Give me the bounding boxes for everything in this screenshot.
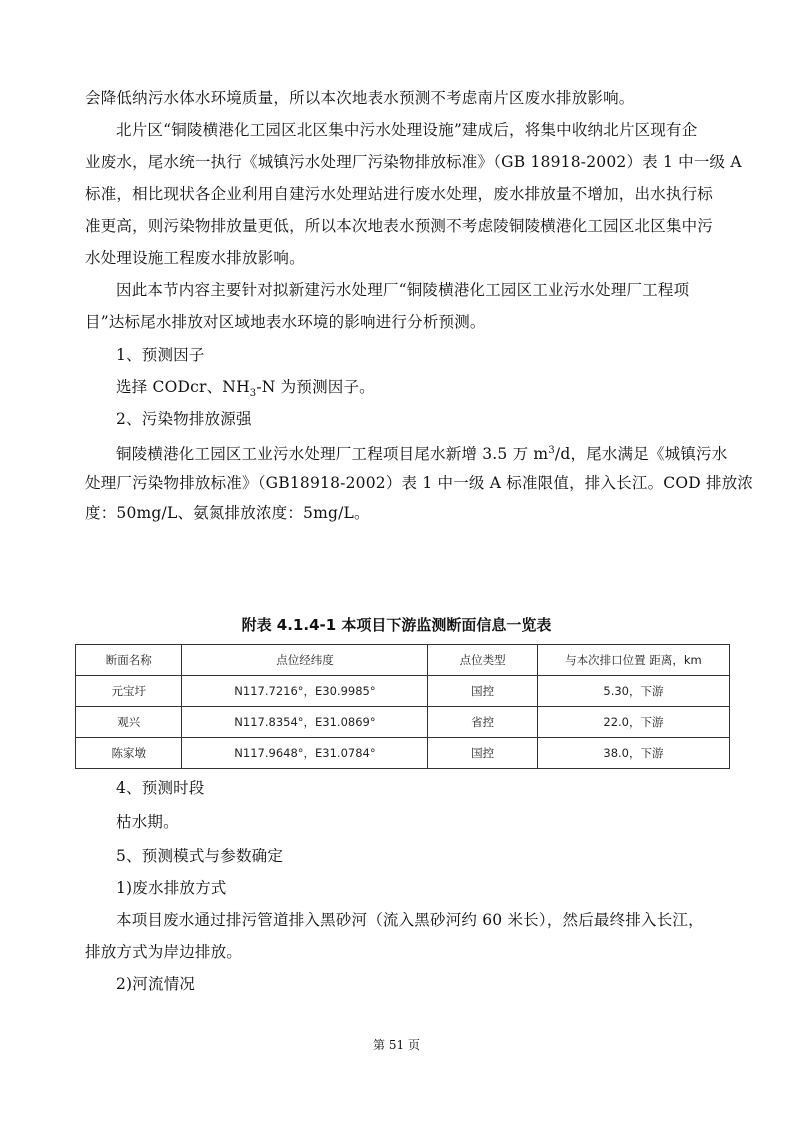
table-row: 元宝圩 N117.7216°，E30.9985° 国控 5.30，下游 (76, 676, 730, 707)
paragraph-line: 因此本节内容主要针对拟新建污水处理厂“铜陵横港化工园区工业污水处理厂工程项 (116, 280, 776, 300)
table-cell: 22.0，下游 (537, 707, 729, 738)
paragraph-line: 目”达标尾水排放对区域地表水环境的影响进行分析预测。 (85, 312, 745, 332)
header-cell: 与本次排口位置 距离，km (537, 645, 729, 676)
table-cell: 陈家墩 (76, 738, 182, 769)
table-cell: 5.30，下游 (537, 676, 729, 707)
table-cell: 国控 (428, 676, 537, 707)
paragraph-line: 处理厂污染物排放标准》（GB18918-2002）表 1 中一级 A 标准限值，… (85, 473, 745, 493)
header-cell: 点位类型 (428, 645, 537, 676)
text: 选择 CODcr、NH (116, 378, 250, 396)
table-cell: N117.9648°，E31.0784° (182, 738, 428, 769)
page-number: 第 51 页 (0, 1036, 793, 1053)
paragraph-line: 铜陵横港化工园区工业污水处理厂工程项目尾水新增 3.5 万 m3/d，尾水满足《… (116, 441, 776, 464)
monitoring-sections-table: 断面名称 点位经纬度 点位类型 与本次排口位置 距离，km 元宝圩 N117.7… (75, 644, 730, 769)
text: /d，尾水满足《城镇污水 (555, 445, 728, 463)
paragraph-line: 本项目废水通过排污管道排入黑砂河（流入黑砂河约 60 米长），然后最终排入长江， (116, 910, 776, 930)
table-cell: 38.0，下游 (537, 738, 729, 769)
paragraph-line: 准更高，则污染物排放量更低，所以本次地表水预测不考虑陵铜陵横港化工园区北区集中污 (85, 216, 745, 236)
text: 铜陵横港化工园区工业污水处理厂工程项目尾水新增 3.5 万 m (116, 445, 548, 463)
paragraph-line: 北片区“铜陵横港化工园区北区集中污水处理设施”建成后，将集中收纳北片区现有企 (116, 120, 776, 140)
paragraph-line: 度：50mg/L、氨氮排放浓度：5mg/L。 (85, 503, 745, 523)
paragraph-line: 排放方式为岸边排放。 (85, 942, 745, 962)
table-cell: 国控 (428, 738, 537, 769)
text: -N 为预测因子。 (256, 378, 375, 396)
section-heading: 2、污染物排放源强 (116, 409, 776, 429)
paragraph-line: 选择 CODcr、NH3-N 为预测因子。 (116, 377, 776, 404)
table-row: 陈家墩 N117.9648°，E31.0784° 国控 38.0，下游 (76, 738, 730, 769)
section-heading: 5、预测模式与参数确定 (116, 846, 776, 866)
table-cell: N117.8354°，E31.0869° (182, 707, 428, 738)
table-caption: 附表 4.1.4-1 本项目下游监测断面信息一览表 (0, 614, 793, 635)
section-heading: 4、预测时段 (116, 778, 776, 798)
paragraph-line: 业废水，尾水统一执行《城镇污水处理厂污染物排放标准》（GB 18918-2002… (85, 152, 745, 172)
table-cell: 元宝圩 (76, 676, 182, 707)
subsection-heading: 1)废水排放方式 (116, 878, 776, 898)
table-header-row: 断面名称 点位经纬度 点位类型 与本次排口位置 距离，km (76, 645, 730, 676)
paragraph-line: 会降低纳污水体水环境质量，所以本次地表水预测不考虑南片区废水排放影响。 (85, 88, 745, 108)
table-cell: 省控 (428, 707, 537, 738)
paragraph-line: 标准，相比现状各企业利用自建污水处理站进行废水处理，废水排放量不增加，出水执行标 (85, 184, 745, 204)
table-cell: N117.7216°，E30.9985° (182, 676, 428, 707)
subsection-heading: 2)河流情况 (116, 974, 776, 994)
table-cell: 观兴 (76, 707, 182, 738)
header-cell: 点位经纬度 (182, 645, 428, 676)
paragraph-line: 枯水期。 (116, 812, 776, 832)
paragraph-line: 水处理设施工程废水排放影响。 (85, 248, 745, 268)
table-row: 观兴 N117.8354°，E31.0869° 省控 22.0，下游 (76, 707, 730, 738)
section-heading: 1、预测因子 (116, 345, 776, 365)
header-cell: 断面名称 (76, 645, 182, 676)
